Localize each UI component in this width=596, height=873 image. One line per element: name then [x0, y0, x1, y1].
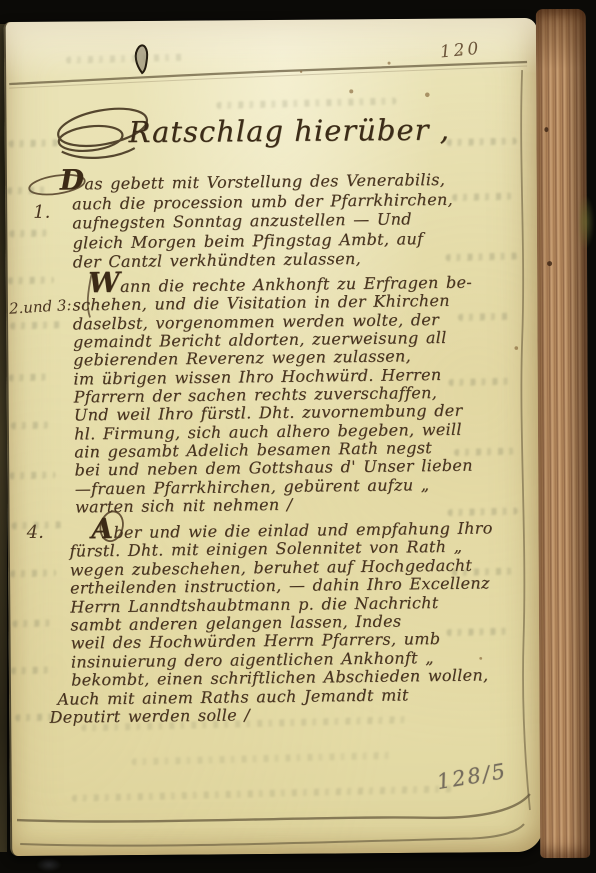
bleed-through-mark [216, 97, 396, 109]
archival-foliation-pencil: 128/5 [435, 759, 509, 794]
bleed-through-mark [11, 666, 51, 674]
bleed-through-mark [9, 229, 49, 237]
bleed-through-mark [12, 619, 56, 627]
bleed-through-mark [9, 139, 59, 147]
bleed-through-mark [9, 471, 55, 479]
margin-note-2-and-3: 2.und 3: [8, 296, 72, 318]
bleed-through-mark [11, 421, 51, 429]
bleed-through-mark [131, 752, 391, 766]
bleed-through-mark [7, 186, 51, 194]
paragraph-1: Das gebett mit Vorstellung des Venerabil… [72, 165, 485, 272]
fore-edge-spot [544, 127, 548, 132]
bleed-through-mark [447, 137, 517, 146]
page-title: Ratschlag hierüber , [128, 113, 450, 150]
margin-note-1: 1. [33, 202, 50, 223]
manuscript-line: warten sich nit nehmen / [75, 494, 491, 517]
margin-note-4: 4. [27, 522, 44, 543]
bleed-through-mark [8, 373, 52, 381]
page-number: 120 [439, 39, 482, 63]
paragraph-2-3: Wann die rechte Ankhonft zu Erfragen be-… [72, 268, 491, 517]
bleed-through-mark [10, 321, 62, 329]
book-fore-edge [536, 9, 590, 858]
manuscript-page: 120 Ratschlag hierüber , 1. 2.und 3: 4. … [4, 18, 544, 856]
bleed-through-mark [10, 569, 56, 577]
bleed-through-mark [72, 785, 452, 802]
fore-edge-spot [547, 261, 552, 266]
background-smudge [36, 858, 62, 872]
bleed-through-mark [8, 276, 54, 284]
manuscript-line: Deputirt werden solle / [50, 703, 500, 727]
background-artifact [579, 196, 594, 248]
paragraph-4: Aber und wie die einlad und empfahung Ih… [69, 514, 500, 727]
